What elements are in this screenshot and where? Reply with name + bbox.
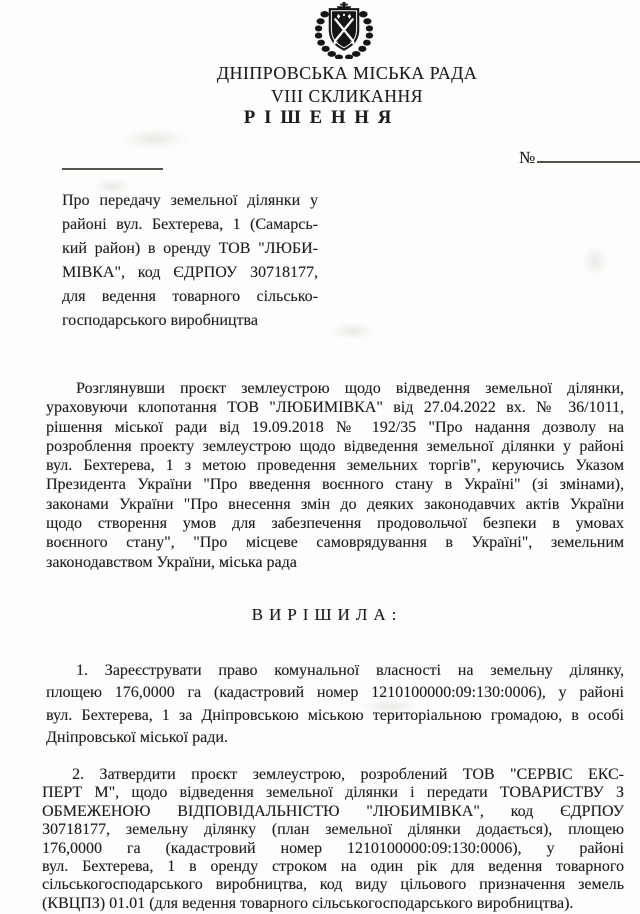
doc-number: №: [519, 146, 640, 168]
doc-number-blank-line: [537, 146, 640, 163]
scan-smudge: [120, 128, 190, 150]
text-line: законами України "Про внесення змін до д…: [46, 495, 624, 514]
text-line: МІВКА", код ЄДРПОУ 30718177,: [62, 261, 318, 285]
scan-smudge: [582, 246, 608, 276]
text-line: 1. Зареєструвати право комунальної власн…: [46, 660, 624, 682]
resolution-heading: ВИРІШИЛА:: [35, 605, 619, 625]
scan-smudge: [330, 322, 376, 340]
text-line: для ведення товарного сільсько-: [62, 285, 318, 309]
text-line: рішення міської ради від 19.09.2018 № 19…: [46, 418, 624, 437]
preamble-paragraph: Розглянувши проєкт землеустрою щодо відв…: [46, 379, 624, 572]
text-line: вул. Бехтерева, 1 в оренду строком на од…: [42, 858, 624, 876]
text-line: Дніпровської міської ради.: [46, 727, 624, 749]
text-line: господарського виробництва: [62, 309, 318, 333]
text-line: ОБМЕЖЕНОЮ ВІДПОВІДАЛЬНІСТЮ "ЛЮБИМІВКА", …: [42, 803, 624, 821]
text-line: законодавством України, міська рада: [46, 553, 624, 572]
resolution-item-2: 2. Затвердити проєкт землеустрою, розроб…: [42, 766, 624, 913]
doc-type-title: РІШЕННЯ: [22, 108, 622, 129]
text-line: Президента України "Про введення воєнног…: [46, 475, 624, 494]
resolution-item-1: 1. Зареєструвати право комунальної власн…: [46, 660, 624, 750]
text-line: районі вул. Бехтерева, 1 (Самарсь-: [62, 213, 318, 237]
text-line: вул. Бехтерева, 1 за Дніпровською місько…: [46, 705, 624, 727]
doc-number-label: №: [519, 148, 535, 167]
scanned-decision-document: ДНІПРОВСЬКА МІСЬКА РАДА VIII СКЛИКАННЯ Р…: [0, 0, 640, 914]
text-line: розроблення проекту землеустрою щодо від…: [46, 437, 624, 456]
text-line: ураховуючи клопотання ТОВ "ЛЮБИМІВКА" ві…: [46, 398, 624, 417]
text-line: щодо створення умов для забезпечення про…: [46, 514, 624, 533]
text-line: вул. Бехтерева, 1 з метою проведення зем…: [46, 456, 624, 475]
text-line: 30718177, земельну ділянку (план земельн…: [42, 821, 624, 839]
text-line: ПЕРТ М", щодо відведення земельної ділян…: [42, 784, 624, 802]
text-line: 176,0000 га (кадастровий номер 121010000…: [42, 840, 624, 858]
text-line: Розглянувши проєкт землеустрою щодо відв…: [46, 379, 624, 398]
text-line: воєнного стану", "Про місцеве самоврядув…: [46, 533, 624, 552]
text-line: (КВЦПЗ) 01.01 (для ведення товарного сіл…: [42, 895, 624, 913]
text-line: площею 176,0000 га (кадастровий номер 12…: [46, 682, 624, 704]
coat-of-arms-icon: [312, 2, 376, 59]
text-line: 2. Затвердити проєкт землеустрою, розроб…: [42, 766, 624, 784]
org-name: ДНІПРОВСЬКА МІСЬКА РАДА: [55, 63, 639, 84]
text-line: кий район) в оренду ТОВ "ЛЮБИ-: [62, 237, 318, 261]
convocation: VIII СКЛИКАННЯ: [55, 86, 639, 107]
date-blank-line: [62, 151, 163, 170]
text-line: сільськогосподарського виробництва, код …: [42, 876, 624, 894]
subject-block: Про передачу земельної ділянки урайоні в…: [62, 189, 318, 333]
text-line: Про передачу земельної ділянки у: [62, 189, 318, 213]
